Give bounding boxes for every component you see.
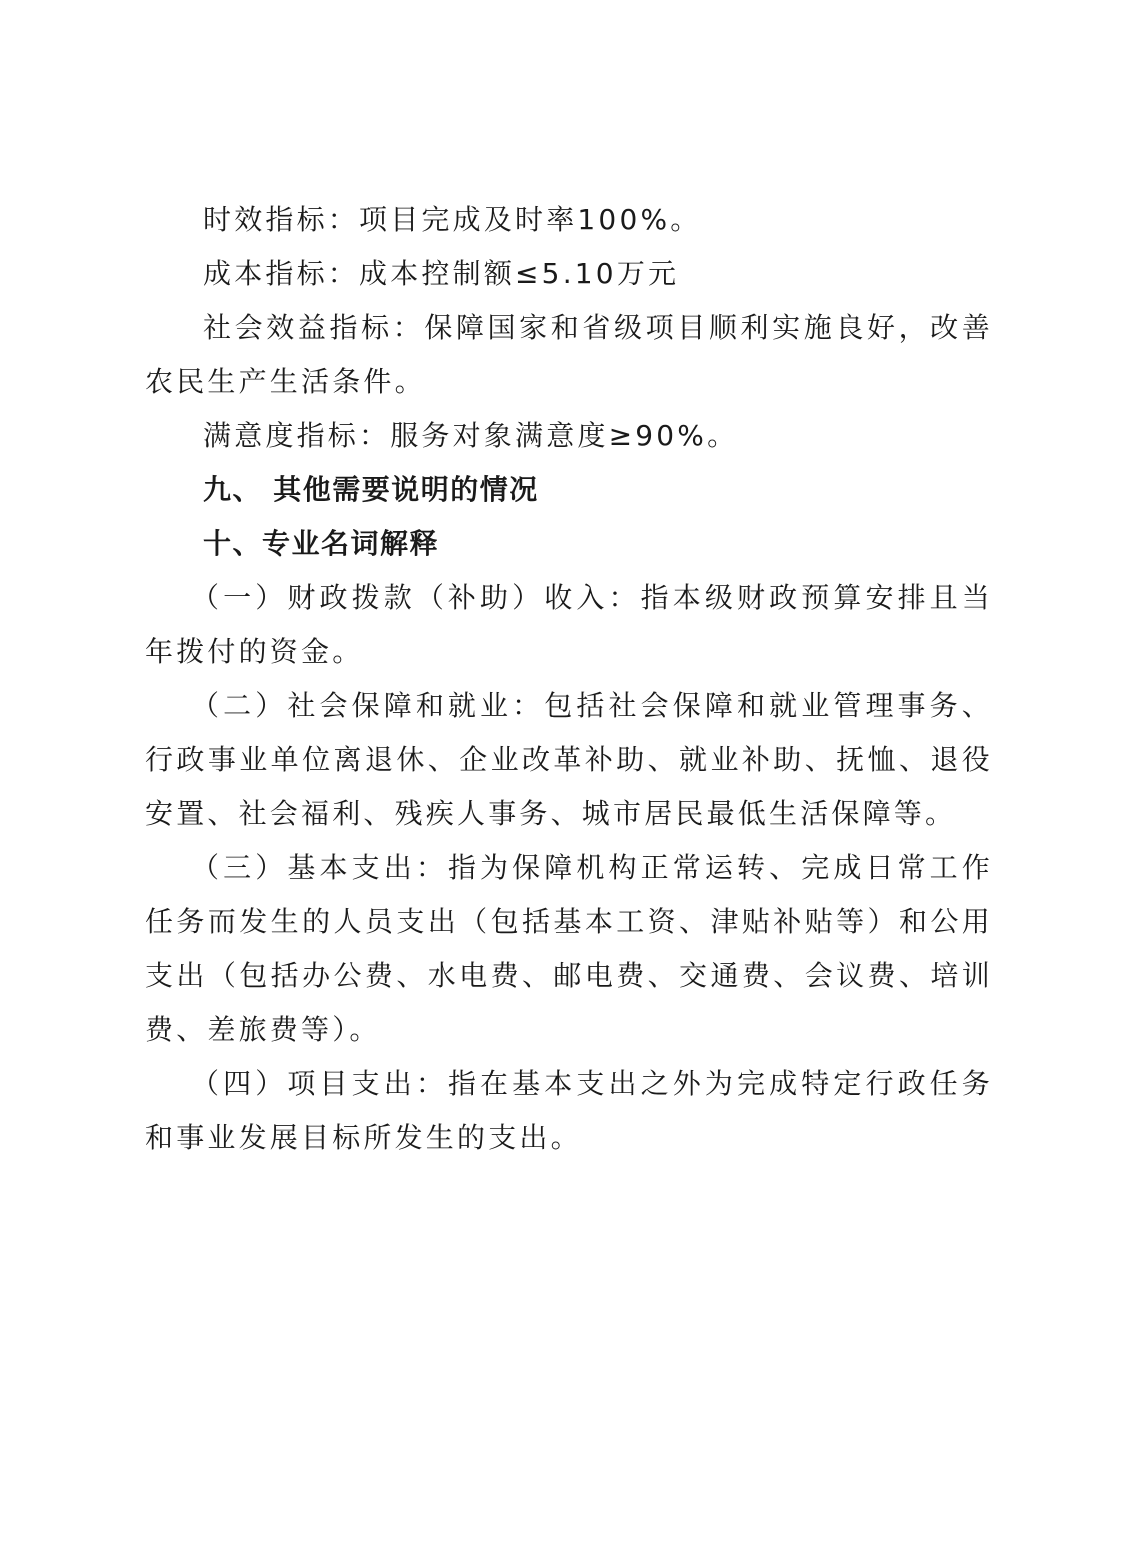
indicator-label: 成本指标： [203,257,359,290]
indicator-label: 时效指标： [203,203,359,236]
indicator-label: 社会效益指标： [203,311,424,344]
indicator-text: 服务对象满意度≥90%。 [390,419,738,452]
glossary-item-social-security: （二）社会保障和就业：包括社会保障和就业管理事务、行政事业单位离退休、企业改革补… [145,679,993,841]
indicator-satisfaction: 满意度指标：服务对象满意度≥90%。 [145,409,993,463]
indicator-social-benefit: 社会效益指标：保障国家和省级项目顺利实施良好，改善农民生产生活条件。 [145,301,993,409]
glossary-item-project-expenditure: （四）项目支出：指在基本支出之外为完成特定行政任务和事业发展目标所发生的支出。 [145,1057,993,1165]
indicator-timeliness: 时效指标：项目完成及时率100%。 [145,193,993,247]
section-heading-other-notes: 九、 其他需要说明的情况 [145,463,993,517]
glossary-term: （二）社会保障和就业： [191,689,544,722]
glossary-term: （三）基本支出： [191,851,448,884]
glossary-term: （一）财政拨款（补助）收入： [191,581,641,614]
indicator-label: 满意度指标： [203,419,390,452]
glossary-term: （四）项目支出： [191,1067,448,1100]
section-heading-glossary: 十、专业名词解释 [145,517,993,571]
glossary-item-basic-expenditure: （三）基本支出：指为保障机构正常运转、完成日常工作任务而发生的人员支出（包括基本… [145,841,993,1057]
document-page: 时效指标：项目完成及时率100%。 成本指标：成本控制额≤5.10万元 社会效益… [145,193,993,1165]
glossary-item-fiscal-appropriation: （一）财政拨款（补助）收入：指本级财政预算安排且当年拨付的资金。 [145,571,993,679]
indicator-cost: 成本指标：成本控制额≤5.10万元 [145,247,993,301]
indicator-text: 成本控制额≤5.10万元 [359,257,679,290]
indicator-text: 项目完成及时率100%。 [359,203,701,236]
